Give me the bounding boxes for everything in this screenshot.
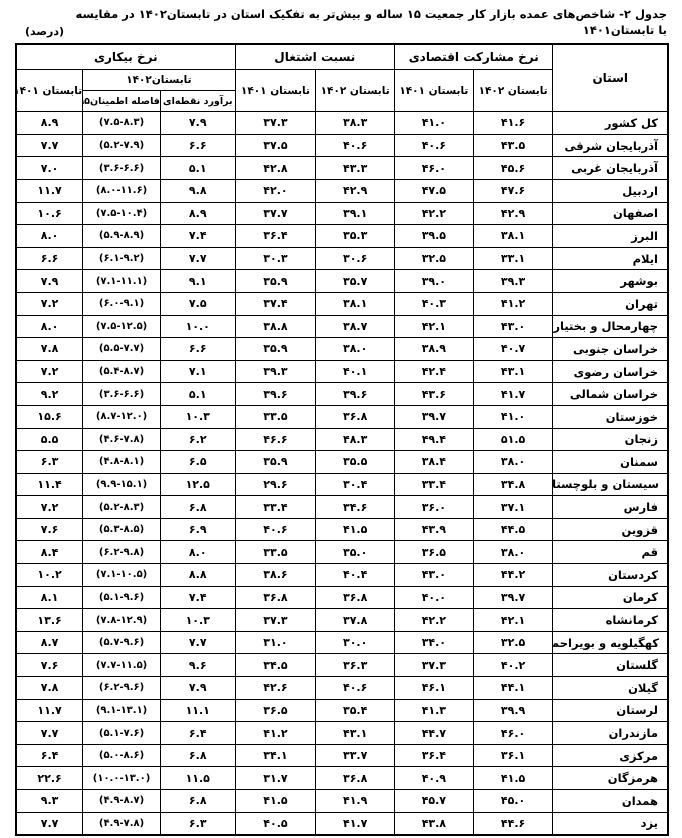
header-group-row: استان نرخ مشارکت اقتصادی نسبت اشتغال نرخ… [16, 44, 668, 70]
employment-1402-cell: ۳۵.۵ [316, 451, 395, 474]
unemployment-point-1402-cell: ۷.۹ [160, 112, 235, 135]
unemployment-ci-1402-cell: (۶.۲-۹.۶) [83, 677, 161, 700]
unemployment-point-1402-cell: ۶.۲ [160, 428, 235, 451]
employment-1401-cell: ۲۹.۶ [235, 473, 316, 496]
unemployment-point-1402-cell: ۹.۱ [160, 270, 235, 293]
col-header-point-estimate: برآورد نقطه‌ای [160, 91, 235, 112]
unemployment-point-1402-cell: ۶.۸ [160, 744, 235, 767]
col-header-unemployment-1401: تابستان ۱۴۰۱ [16, 70, 83, 112]
employment-1402-cell: ۴۰.۴ [316, 564, 395, 587]
participation-1402-cell: ۴۱.۲ [473, 292, 553, 315]
table-row: چهارمحال و بختیاری۴۳.۰۴۲.۱۳۸.۷۳۸.۸۱۰.۰(۷… [16, 315, 668, 338]
employment-1402-cell: ۳۵.۴ [316, 699, 395, 722]
unemployment-point-1402-cell: ۱۰.۳ [160, 609, 235, 632]
table-row: همدان۴۵.۰۴۵.۷۴۱.۹۴۱.۵۶.۸(۴.۹-۸.۷)۹.۳ [16, 790, 668, 813]
unemployment-1401-cell: ۹.۳ [16, 790, 83, 813]
participation-1402-cell: ۴۳.۱ [473, 360, 553, 383]
employment-1401-cell: ۴۱.۵ [235, 790, 316, 813]
employment-1402-cell: ۳۷.۸ [316, 609, 395, 632]
province-name: گلستان [553, 654, 668, 677]
employment-1401-cell: ۳۶.۸ [235, 586, 316, 609]
participation-1402-cell: ۳۹.۷ [473, 586, 553, 609]
employment-1401-cell: ۳۴.۱ [235, 744, 316, 767]
unemployment-point-1402-cell: ۷.۷ [160, 631, 235, 654]
participation-1401-cell: ۳۶.۵ [395, 541, 474, 564]
unemployment-1401-cell: ۷.۹ [16, 270, 83, 293]
employment-1401-cell: ۳۴.۵ [235, 654, 316, 677]
table-body: کل کشور۴۱.۶۴۱.۰۳۸.۳۳۷.۳۷.۹(۷.۵-۸.۳)۸.۹آذ… [16, 112, 668, 836]
unemployment-point-1402-cell: ۶.۵ [160, 451, 235, 474]
unemployment-ci-1402-cell: (۷.۱-۱۰.۵) [83, 564, 161, 587]
employment-1401-cell: ۴۲.۰ [235, 179, 316, 202]
employment-1401-cell: ۳۹.۳ [235, 360, 316, 383]
table-row: کرمانشاه۴۲.۱۴۲.۲۳۷.۸۳۷.۳۱۰.۳(۷.۸-۱۲.۹)۱۳… [16, 609, 668, 632]
province-name: سیستان و بلوچستان [553, 473, 668, 496]
table-row: سمنان۳۸.۰۳۸.۴۳۵.۵۳۵.۹۶.۵(۴.۸-۸.۱)۶.۳ [16, 451, 668, 474]
participation-1401-cell: ۴۲.۴ [395, 360, 474, 383]
unemployment-1401-cell: ۶.۴ [16, 744, 83, 767]
table-row: هرمزگان۴۱.۵۴۰.۹۳۶.۸۳۱.۷۱۱.۵(۱۰.۰-۱۳.۰)۲۲… [16, 767, 668, 790]
unemployment-1401-cell: ۷.۰ [16, 157, 83, 180]
report-page: جدول ۲- شاخص‌های عمده بازار کار جمعیت ۱۵… [0, 0, 682, 838]
participation-1401-cell: ۴۶.۰ [395, 157, 474, 180]
participation-1401-cell: ۴۳.۰ [395, 564, 474, 587]
province-name: چهارمحال و بختیاری [553, 315, 668, 338]
participation-1401-cell: ۳۷.۳ [395, 654, 474, 677]
province-name: قم [553, 541, 668, 564]
province-name: کهگیلویه و بویراحمد [553, 631, 668, 654]
participation-1401-cell: ۴۷.۵ [395, 179, 474, 202]
participation-1401-cell: ۴۹.۴ [395, 428, 474, 451]
col-header-participation-1402: تابستان ۱۴۰۲ [473, 70, 553, 112]
participation-1402-cell: ۳۸.۰ [473, 451, 553, 474]
table-row: تهران۴۱.۲۴۰.۳۳۸.۱۳۷.۴۷.۵(۶.۰-۹.۱)۷.۲ [16, 292, 668, 315]
participation-1401-cell: ۳۴.۰ [395, 631, 474, 654]
employment-1402-cell: ۳۶.۸ [316, 767, 395, 790]
employment-1401-cell: ۳۵.۹ [235, 451, 316, 474]
unemployment-point-1402-cell: ۷.۱ [160, 360, 235, 383]
table-row: خوزستان۴۱.۰۳۹.۷۳۶.۸۳۳.۵۱۰.۳(۸.۷-۱۲.۰)۱۵.… [16, 405, 668, 428]
participation-1401-cell: ۳۳.۴ [395, 473, 474, 496]
table-row: اصفهان۴۲.۹۴۲.۲۳۹.۱۳۷.۷۸.۹(۷.۵-۱۰.۴)۱۰.۶ [16, 202, 668, 225]
employment-1402-cell: ۳۸.۷ [316, 315, 395, 338]
employment-1401-cell: ۴۲.۸ [235, 157, 316, 180]
unemployment-1401-cell: ۸.۷ [16, 631, 83, 654]
participation-1402-cell: ۵۱.۵ [473, 428, 553, 451]
col-header-province: استان [553, 44, 668, 112]
participation-1402-cell: ۳۹.۳ [473, 270, 553, 293]
employment-1402-cell: ۴۱.۹ [316, 790, 395, 813]
employment-1402-cell: ۴۰.۱ [316, 360, 395, 383]
unemployment-ci-1402-cell: (۵.۹-۸.۹) [83, 225, 161, 248]
table-row: خراسان رضوی۴۳.۱۴۲.۴۴۰.۱۳۹.۳۷.۱(۵.۴-۸.۷)۷… [16, 360, 668, 383]
province-name: یزد [553, 812, 668, 835]
unemployment-1401-cell: ۷.۶ [16, 518, 83, 541]
table-row: کرمان۳۹.۷۴۰.۰۳۶.۸۳۶.۸۷.۴(۵.۱-۹.۶)۸.۱ [16, 586, 668, 609]
table-row: کل کشور۴۱.۶۴۱.۰۳۸.۳۳۷.۳۷.۹(۷.۵-۸.۳)۸.۹ [16, 112, 668, 135]
table-row: کردستان۴۴.۲۴۳.۰۴۰.۴۳۸.۶۸.۸(۷.۱-۱۰.۵)۱۰.۲ [16, 564, 668, 587]
employment-1402-cell: ۴۰.۶ [316, 134, 395, 157]
unemployment-ci-1402-cell: (۵.۵-۷.۷) [83, 338, 161, 361]
participation-1401-cell: ۴۰.۳ [395, 292, 474, 315]
unemployment-1401-cell: ۲۲.۶ [16, 767, 83, 790]
unemployment-ci-1402-cell: (۶.۱-۹.۲) [83, 247, 161, 270]
employment-1402-cell: ۳۳.۷ [316, 744, 395, 767]
employment-1402-cell: ۴۳.۳ [316, 157, 395, 180]
unemployment-ci-1402-cell: (۸.۰-۱۱.۶) [83, 179, 161, 202]
employment-1401-cell: ۳۳.۴ [235, 496, 316, 519]
province-name: سمنان [553, 451, 668, 474]
participation-1401-cell: ۴۲.۲ [395, 609, 474, 632]
unemployment-point-1402-cell: ۶.۳ [160, 812, 235, 835]
participation-1402-cell: ۴۳.۰ [473, 315, 553, 338]
participation-1402-cell: ۳۹.۹ [473, 699, 553, 722]
unemployment-ci-1402-cell: (۵.۱-۹.۶) [83, 586, 161, 609]
employment-1401-cell: ۴۶.۶ [235, 428, 316, 451]
unemployment-1401-cell: ۸.۰ [16, 315, 83, 338]
province-name: کرمان [553, 586, 668, 609]
unemployment-point-1402-cell: ۱۱.۱ [160, 699, 235, 722]
employment-1402-cell: ۳۵.۰ [316, 541, 395, 564]
unemployment-ci-1402-cell: (۷.۸-۱۲.۹) [83, 609, 161, 632]
province-name: کل کشور [553, 112, 668, 135]
employment-1402-cell: ۳۵.۷ [316, 270, 395, 293]
participation-1402-cell: ۴۲.۹ [473, 202, 553, 225]
table-row: قم۳۸.۰۳۶.۵۳۵.۰۳۳.۵۸.۰(۶.۲-۹.۸)۸.۴ [16, 541, 668, 564]
province-name: کرمانشاه [553, 609, 668, 632]
province-name: گیلان [553, 677, 668, 700]
employment-1401-cell: ۴۲.۶ [235, 677, 316, 700]
employment-1402-cell: ۳۸.۳ [316, 112, 395, 135]
unemployment-ci-1402-cell: (۳.۶-۶.۶) [83, 383, 161, 406]
employment-1402-cell: ۳۰.۴ [316, 473, 395, 496]
table-row: اردبیل۴۷.۶۴۷.۵۴۲.۹۴۲.۰۹.۸(۸.۰-۱۱.۶)۱۱.۷ [16, 179, 668, 202]
col-header-unemployment-1402: تابستان۱۴۰۲ [83, 70, 235, 91]
employment-1402-cell: ۴۲.۹ [316, 179, 395, 202]
employment-1401-cell: ۳۵.۹ [235, 270, 316, 293]
table-row: فارس۳۷.۱۳۶.۰۳۴.۶۳۳.۴۶.۸(۵.۲-۸.۳)۷.۲ [16, 496, 668, 519]
employment-1401-cell: ۳۱.۷ [235, 767, 316, 790]
participation-1402-cell: ۴۲.۱ [473, 609, 553, 632]
unemployment-1401-cell: ۷.۸ [16, 338, 83, 361]
table-row: بوشهر۳۹.۳۳۹.۰۳۵.۷۳۵.۹۹.۱(۷.۱-۱۱.۱)۷.۹ [16, 270, 668, 293]
unemployment-1401-cell: ۵.۵ [16, 428, 83, 451]
participation-1401-cell: ۴۴.۷ [395, 722, 474, 745]
participation-1402-cell: ۳۳.۱ [473, 247, 553, 270]
table-row: گلستان۴۰.۲۳۷.۳۳۶.۳۳۴.۵۹.۶(۷.۷-۱۱.۵)۷.۶ [16, 654, 668, 677]
unemployment-point-1402-cell: ۱۰.۳ [160, 405, 235, 428]
unemployment-point-1402-cell: ۱۰.۰ [160, 315, 235, 338]
unemployment-point-1402-cell: ۸.۰ [160, 541, 235, 564]
unemployment-ci-1402-cell: (۵.۷-۹.۶) [83, 631, 161, 654]
unemployment-1401-cell: ۷.۲ [16, 496, 83, 519]
employment-1401-cell: ۴۰.۶ [235, 518, 316, 541]
table-header: استان نرخ مشارکت اقتصادی نسبت اشتغال نرخ… [16, 44, 668, 112]
participation-1401-cell: ۳۹.۵ [395, 225, 474, 248]
employment-1401-cell: ۴۱.۲ [235, 722, 316, 745]
unemployment-ci-1402-cell: (۹.۹-۱۵.۱) [83, 473, 161, 496]
unemployment-point-1402-cell: ۵.۱ [160, 383, 235, 406]
unemployment-ci-1402-cell: (۵.۴-۸.۷) [83, 360, 161, 383]
unemployment-1401-cell: ۱۰.۶ [16, 202, 83, 225]
unit-label: (درصد) [17, 25, 64, 38]
participation-1402-cell: ۴۳.۵ [473, 134, 553, 157]
participation-1401-cell: ۴۱.۳ [395, 699, 474, 722]
participation-1402-cell: ۳۸.۱ [473, 225, 553, 248]
unemployment-point-1402-cell: ۸.۹ [160, 202, 235, 225]
employment-1402-cell: ۴۳.۱ [316, 722, 395, 745]
unemployment-point-1402-cell: ۶.۴ [160, 722, 235, 745]
participation-1402-cell: ۴۰.۲ [473, 654, 553, 677]
col-header-participation-1401: تابستان ۱۴۰۱ [395, 70, 474, 112]
unemployment-ci-1402-cell: (۵.۲-۸.۳) [83, 496, 161, 519]
unemployment-1401-cell: ۱۱.۴ [16, 473, 83, 496]
participation-1401-cell: ۴۳.۹ [395, 518, 474, 541]
unemployment-1401-cell: ۱۵.۶ [16, 405, 83, 428]
participation-1401-cell: ۴۵.۷ [395, 790, 474, 813]
table-row: البرز۳۸.۱۳۹.۵۳۵.۳۳۶.۴۷.۴(۵.۹-۸.۹)۸.۰ [16, 225, 668, 248]
unemployment-1401-cell: ۹.۲ [16, 383, 83, 406]
unemployment-point-1402-cell: ۷.۴ [160, 586, 235, 609]
unemployment-ci-1402-cell: (۶.۲-۹.۸) [83, 541, 161, 564]
employment-1402-cell: ۳۶.۳ [316, 654, 395, 677]
participation-1401-cell: ۴۳.۶ [395, 383, 474, 406]
unemployment-point-1402-cell: ۶.۹ [160, 518, 235, 541]
unemployment-ci-1402-cell: (۴.۹-۸.۷) [83, 790, 161, 813]
participation-1401-cell: ۴۰.۰ [395, 586, 474, 609]
participation-1402-cell: ۴۴.۵ [473, 518, 553, 541]
table-row: زنجان۵۱.۵۴۹.۴۴۸.۳۴۶.۶۶.۲(۴.۶-۷.۸)۵.۵ [16, 428, 668, 451]
participation-1401-cell: ۴۳.۸ [395, 812, 474, 835]
employment-1402-cell: ۴۰.۶ [316, 677, 395, 700]
employment-1402-cell: ۴۸.۳ [316, 428, 395, 451]
province-name: زنجان [553, 428, 668, 451]
province-name: لرستان [553, 699, 668, 722]
col-group-participation: نرخ مشارکت اقتصادی [395, 44, 553, 70]
table-title: جدول ۲- شاخص‌های عمده بازار کار جمعیت ۱۵… [64, 6, 667, 38]
participation-1401-cell: ۴۲.۲ [395, 202, 474, 225]
unemployment-ci-1402-cell: (۵.۳-۸.۵) [83, 518, 161, 541]
unemployment-ci-1402-cell: (۹.۱-۱۳.۱) [83, 699, 161, 722]
participation-1402-cell: ۴۱.۶ [473, 112, 553, 135]
participation-1402-cell: ۳۷.۱ [473, 496, 553, 519]
employment-1402-cell: ۳۹.۶ [316, 383, 395, 406]
employment-1401-cell: ۳۷.۴ [235, 292, 316, 315]
participation-1402-cell: ۴۵.۶ [473, 157, 553, 180]
table-row: خراسان جنوبی۴۰.۷۳۸.۹۳۸.۰۳۵.۹۶.۶(۵.۵-۷.۷)… [16, 338, 668, 361]
participation-1401-cell: ۴۰.۶ [395, 134, 474, 157]
participation-1402-cell: ۴۱.۰ [473, 405, 553, 428]
employment-1401-cell: ۳۸.۸ [235, 315, 316, 338]
unemployment-ci-1402-cell: (۱۰.۰-۱۳.۰) [83, 767, 161, 790]
province-name: البرز [553, 225, 668, 248]
participation-1401-cell: ۴۶.۱ [395, 677, 474, 700]
table-row: گیلان۴۴.۱۴۶.۱۴۰.۶۴۲.۶۷.۹(۶.۲-۹.۶)۷.۸ [16, 677, 668, 700]
unemployment-1401-cell: ۷.۸ [16, 677, 83, 700]
unemployment-1401-cell: ۷.۷ [16, 722, 83, 745]
participation-1402-cell: ۳۸.۰ [473, 541, 553, 564]
province-name: تهران [553, 292, 668, 315]
unemployment-1401-cell: ۱۳.۶ [16, 609, 83, 632]
province-name: مازندران [553, 722, 668, 745]
table-row: یزد۴۴.۶۴۳.۸۴۱.۷۴۰.۵۶.۳(۴.۹-۷.۸)۷.۷ [16, 812, 668, 835]
participation-1402-cell: ۳۶.۱ [473, 744, 553, 767]
participation-1401-cell: ۳۸.۹ [395, 338, 474, 361]
unemployment-1401-cell: ۷.۶ [16, 654, 83, 677]
participation-1402-cell: ۴۱.۵ [473, 767, 553, 790]
unemployment-ci-1402-cell: (۳.۶-۶.۶) [83, 157, 161, 180]
province-name: بوشهر [553, 270, 668, 293]
unemployment-1401-cell: ۱۱.۷ [16, 699, 83, 722]
unemployment-ci-1402-cell: (۴.۹-۷.۸) [83, 812, 161, 835]
unemployment-point-1402-cell: ۹.۶ [160, 654, 235, 677]
participation-1401-cell: ۴۱.۰ [395, 112, 474, 135]
participation-1401-cell: ۳۹.۰ [395, 270, 474, 293]
table-row: مرکزی۳۶.۱۳۶.۴۳۳.۷۳۴.۱۶.۸(۵.۰-۸.۶)۶.۴ [16, 744, 668, 767]
table-row: آذربایجان غربی۴۵.۶۴۶.۰۴۳.۳۴۲.۸۵.۱(۳.۶-۶.… [16, 157, 668, 180]
participation-1401-cell: ۳۸.۴ [395, 451, 474, 474]
unemployment-1401-cell: ۸.۰ [16, 225, 83, 248]
province-name: مرکزی [553, 744, 668, 767]
unemployment-ci-1402-cell: (۷.۵-۸.۳) [83, 112, 161, 135]
unemployment-1401-cell: ۷.۷ [16, 812, 83, 835]
unemployment-point-1402-cell: ۶.۶ [160, 134, 235, 157]
unemployment-point-1402-cell: ۱۱.۵ [160, 767, 235, 790]
employment-1402-cell: ۳۶.۸ [316, 586, 395, 609]
province-name: کردستان [553, 564, 668, 587]
province-name: خراسان شمالی [553, 383, 668, 406]
unemployment-point-1402-cell: ۵.۱ [160, 157, 235, 180]
unemployment-1401-cell: ۸.۱ [16, 586, 83, 609]
employment-1401-cell: ۳۷.۳ [235, 112, 316, 135]
province-name: فارس [553, 496, 668, 519]
unemployment-ci-1402-cell: (۶.۰-۹.۱) [83, 292, 161, 315]
province-name: اردبیل [553, 179, 668, 202]
table-row: خراسان شمالی۴۱.۷۴۳.۶۳۹.۶۳۹.۶۵.۱(۳.۶-۶.۶)… [16, 383, 668, 406]
employment-1401-cell: ۳۶.۵ [235, 699, 316, 722]
unemployment-point-1402-cell: ۷.۹ [160, 677, 235, 700]
table-row: لرستان۳۹.۹۴۱.۳۳۵.۴۳۶.۵۱۱.۱(۹.۱-۱۳.۱)۱۱.۷ [16, 699, 668, 722]
col-group-employment: نسبت اشتغال [235, 44, 394, 70]
table-row: ایلام۳۳.۱۳۲.۵۳۰.۶۳۰.۳۷.۷(۶.۱-۹.۲)۶.۶ [16, 247, 668, 270]
employment-1401-cell: ۳۶.۴ [235, 225, 316, 248]
unemployment-1401-cell: ۶.۳ [16, 451, 83, 474]
col-header-employment-1401: تابستان ۱۴۰۱ [235, 70, 316, 112]
unemployment-point-1402-cell: ۷.۷ [160, 247, 235, 270]
unemployment-1401-cell: ۷.۷ [16, 134, 83, 157]
participation-1402-cell: ۳۴.۸ [473, 473, 553, 496]
title-row: جدول ۲- شاخص‌های عمده بازار کار جمعیت ۱۵… [13, 4, 669, 43]
province-name: خراسان جنوبی [553, 338, 668, 361]
participation-1402-cell: ۳۲.۵ [473, 631, 553, 654]
participation-1401-cell: ۴۲.۱ [395, 315, 474, 338]
participation-1402-cell: ۴۵.۰ [473, 790, 553, 813]
province-name: همدان [553, 790, 668, 813]
participation-1402-cell: ۴۰.۷ [473, 338, 553, 361]
unemployment-1401-cell: ۸.۴ [16, 541, 83, 564]
unemployment-point-1402-cell: ۶.۶ [160, 338, 235, 361]
participation-1402-cell: ۴۴.۲ [473, 564, 553, 587]
participation-1402-cell: ۴۴.۶ [473, 812, 553, 835]
col-header-confidence-interval: فاصله اطمینان۹۵٪ [83, 91, 161, 112]
employment-1402-cell: ۳۶.۸ [316, 405, 395, 428]
participation-1401-cell: ۴۰.۹ [395, 767, 474, 790]
unemployment-ci-1402-cell: (۷.۷-۱۱.۵) [83, 654, 161, 677]
province-name: اصفهان [553, 202, 668, 225]
participation-1402-cell: ۴۷.۶ [473, 179, 553, 202]
unemployment-ci-1402-cell: (۷.۵-۱۲.۵) [83, 315, 161, 338]
employment-1401-cell: ۳۷.۵ [235, 134, 316, 157]
unemployment-point-1402-cell: ۷.۴ [160, 225, 235, 248]
employment-1402-cell: ۳۰.۰ [316, 631, 395, 654]
employment-1402-cell: ۴۱.۵ [316, 518, 395, 541]
participation-1401-cell: ۳۶.۰ [395, 496, 474, 519]
participation-1401-cell: ۳۶.۴ [395, 744, 474, 767]
employment-1402-cell: ۳۵.۳ [316, 225, 395, 248]
table-row: کهگیلویه و بویراحمد۳۲.۵۳۴.۰۳۰.۰۳۱.۰۷.۷(۵… [16, 631, 668, 654]
unemployment-1401-cell: ۷.۲ [16, 360, 83, 383]
table-row: آذربایجان شرقی۴۳.۵۴۰.۶۴۰.۶۳۷.۵۶.۶(۵.۲-۷.… [16, 134, 668, 157]
unemployment-ci-1402-cell: (۵.۱-۷.۶) [83, 722, 161, 745]
table-row: سیستان و بلوچستان۳۴.۸۳۳.۴۳۰.۴۲۹.۶۱۲.۵(۹.… [16, 473, 668, 496]
province-name: ایلام [553, 247, 668, 270]
unemployment-ci-1402-cell: (۷.۱-۱۱.۱) [83, 270, 161, 293]
unemployment-ci-1402-cell: (۴.۸-۸.۱) [83, 451, 161, 474]
employment-1401-cell: ۴۰.۵ [235, 812, 316, 835]
col-header-employment-1402: تابستان ۱۴۰۲ [316, 70, 395, 112]
employment-1401-cell: ۳۰.۳ [235, 247, 316, 270]
province-name: خراسان رضوی [553, 360, 668, 383]
province-name: آذربایجان غربی [553, 157, 668, 180]
employment-1401-cell: ۳۳.۵ [235, 541, 316, 564]
unemployment-point-1402-cell: ۱۲.۵ [160, 473, 235, 496]
employment-1401-cell: ۳۸.۶ [235, 564, 316, 587]
employment-1401-cell: ۳۳.۵ [235, 405, 316, 428]
employment-1401-cell: ۳۹.۶ [235, 383, 316, 406]
employment-1401-cell: ۳۱.۰ [235, 631, 316, 654]
unemployment-point-1402-cell: ۶.۸ [160, 496, 235, 519]
unemployment-ci-1402-cell: (۵.۰-۸.۶) [83, 744, 161, 767]
employment-1401-cell: ۳۷.۷ [235, 202, 316, 225]
province-name: هرمزگان [553, 767, 668, 790]
participation-1401-cell: ۳۹.۷ [395, 405, 474, 428]
employment-1402-cell: ۳۸.۱ [316, 292, 395, 315]
employment-1401-cell: ۳۷.۳ [235, 609, 316, 632]
participation-1402-cell: ۴۶.۰ [473, 722, 553, 745]
unemployment-point-1402-cell: ۷.۵ [160, 292, 235, 315]
province-name: آذربایجان شرقی [553, 134, 668, 157]
unemployment-1401-cell: ۸.۹ [16, 112, 83, 135]
unemployment-point-1402-cell: ۹.۸ [160, 179, 235, 202]
col-group-unemployment: نرخ بیکاری [16, 44, 235, 70]
unemployment-1401-cell: ۷.۲ [16, 292, 83, 315]
unemployment-1401-cell: ۱۱.۷ [16, 179, 83, 202]
employment-1402-cell: ۴۱.۷ [316, 812, 395, 835]
participation-1401-cell: ۳۲.۵ [395, 247, 474, 270]
unemployment-ci-1402-cell: (۵.۲-۷.۹) [83, 134, 161, 157]
employment-1402-cell: ۳۰.۶ [316, 247, 395, 270]
employment-1402-cell: ۳۹.۱ [316, 202, 395, 225]
table-row: مازندران۴۶.۰۴۴.۷۴۳.۱۴۱.۲۶.۴(۵.۱-۷.۶)۷.۷ [16, 722, 668, 745]
unemployment-ci-1402-cell: (۷.۵-۱۰.۴) [83, 202, 161, 225]
employment-1402-cell: ۳۴.۶ [316, 496, 395, 519]
labor-market-table: استان نرخ مشارکت اقتصادی نسبت اشتغال نرخ… [15, 43, 669, 836]
participation-1402-cell: ۴۱.۷ [473, 383, 553, 406]
table-row: قزوین۴۴.۵۴۳.۹۴۱.۵۴۰.۶۶.۹(۵.۳-۸.۵)۷.۶ [16, 518, 668, 541]
employment-1401-cell: ۳۵.۹ [235, 338, 316, 361]
participation-1402-cell: ۴۴.۱ [473, 677, 553, 700]
unemployment-1401-cell: ۱۰.۲ [16, 564, 83, 587]
